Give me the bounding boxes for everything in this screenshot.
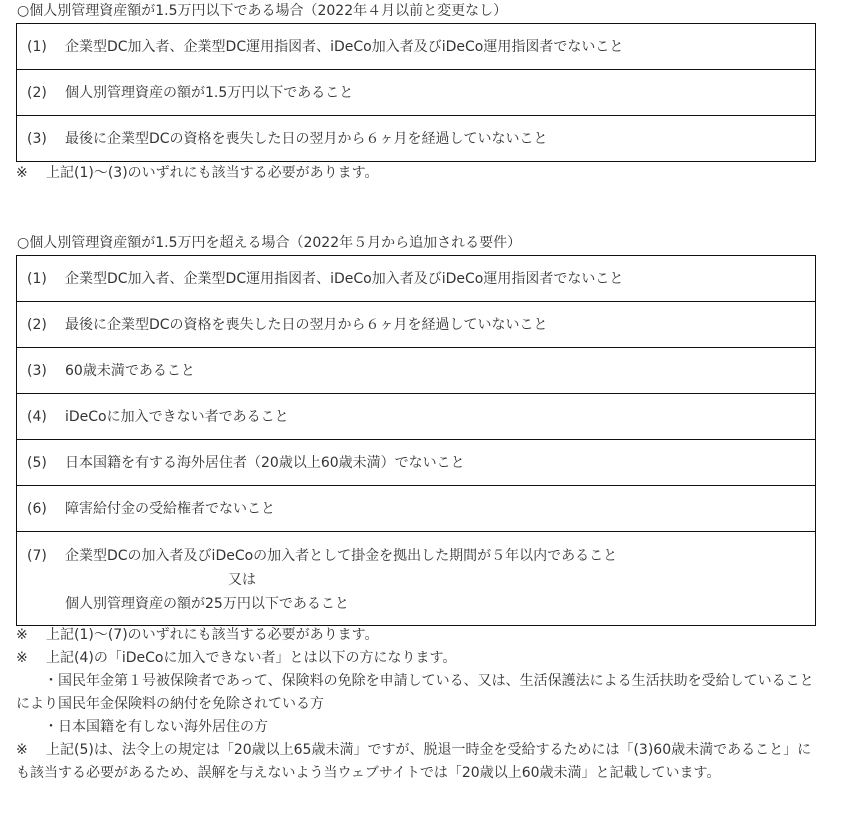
section1-note: ※上記(1)～(3)のいずれにも該当する必要があります。 — [16, 162, 816, 185]
requirement-cell: (5)日本国籍を有する海外居住者（20歳以上60歳未満）でないこと — [17, 440, 816, 486]
requirement-number: (6) — [27, 499, 65, 519]
table-row: (1)企業型DC加入者、企業型DC運用指図者、iDeCo加入者及びiDeCo運用… — [17, 256, 816, 302]
requirement-text: 60歳未満であること — [65, 363, 195, 379]
requirement-text: 日本国籍を有する海外居住者（20歳以上60歳未満）でないこと — [65, 455, 465, 471]
requirement-cell: (2)最後に企業型DCの資格を喪失した日の翌月から６ヶ月を経過していないこと — [17, 302, 816, 348]
table-row: (4)iDeCoに加入できない者であること — [17, 394, 816, 440]
requirement-cell: (7)企業型DCの加入者及びiDeCoの加入者として掛金を拠出した期間が５年以内… — [17, 532, 816, 626]
requirements-table-2: (1)企業型DC加入者、企業型DC運用指図者、iDeCo加入者及びiDeCo運用… — [16, 255, 816, 626]
requirement-cell: (1)企業型DC加入者、企業型DC運用指図者、iDeCo加入者及びiDeCo運用… — [17, 24, 816, 70]
table-row: (1)企業型DC加入者、企業型DC運用指図者、iDeCo加入者及びiDeCo運用… — [17, 24, 816, 70]
requirement-text: 企業型DCの加入者及びiDeCoの加入者として掛金を拠出した期間が５年以内である… — [65, 548, 617, 564]
table-row: (2)最後に企業型DCの資格を喪失した日の翌月から６ヶ月を経過していないこと — [17, 302, 816, 348]
requirement-number: (2) — [27, 315, 65, 335]
bullet-item-2: ・日本国籍を有しない海外居住の方 — [16, 716, 816, 739]
requirement-number: (5) — [27, 453, 65, 473]
final-note: ※上記(5)は、法令上の規定は「20歳以上65歳未満」ですが、脱退一時金を受給す… — [16, 739, 816, 785]
table-row: (3)60歳未満であること — [17, 348, 816, 394]
note-mark: ※ — [16, 739, 46, 762]
section1-heading: ○個人別管理資産額が1.5万円以下である場合（2022年４月以前と変更なし） — [17, 1, 507, 21]
requirement-text: 企業型DC加入者、企業型DC運用指図者、iDeCo加入者及びiDeCo運用指図者… — [65, 271, 623, 287]
note-mark: ※ — [16, 624, 46, 647]
requirement-number: (2) — [27, 83, 65, 103]
requirement-cell: (6)障害給付金の受給権者でないこと — [17, 486, 816, 532]
requirement-cell: (3)最後に企業型DCの資格を喪失した日の翌月から６ヶ月を経過していないこと — [17, 116, 816, 162]
requirement-cell: (3)60歳未満であること — [17, 348, 816, 394]
requirement-text: iDeCoに加入できない者であること — [65, 409, 289, 425]
note-text: 上記(1)～(3)のいずれにも該当する必要があります。 — [46, 165, 379, 181]
bullet-item-1: ・国民年金第１号被保険者であって、保険料の免除を申請している、又は、生活保護法に… — [16, 670, 816, 716]
note-mark: ※ — [16, 162, 46, 185]
requirement-text: 企業型DC加入者、企業型DC運用指図者、iDeCo加入者及びiDeCo運用指図者… — [65, 39, 623, 55]
section2-heading: ○個人別管理資産額が1.5万円を超える場合（2022年５月から追加される要件） — [17, 233, 521, 253]
requirement-cell: (1)企業型DC加入者、企業型DC運用指図者、iDeCo加入者及びiDeCo運用… — [17, 256, 816, 302]
table-row: (3)最後に企業型DCの資格を喪失した日の翌月から６ヶ月を経過していないこと — [17, 116, 816, 162]
table-row: (5)日本国籍を有する海外居住者（20歳以上60歳未満）でないこと — [17, 440, 816, 486]
requirement-cell: (2)個人別管理資産の額が1.5万円以下であること — [17, 70, 816, 116]
requirement-number: (1) — [27, 37, 65, 57]
note-mark: ※ — [16, 647, 46, 670]
requirement-alt-text: 個人別管理資産の額が25万円以下であること — [27, 592, 815, 616]
requirements-table-1: (1)企業型DC加入者、企業型DC運用指図者、iDeCo加入者及びiDeCo運用… — [16, 23, 816, 162]
requirement-number: (3) — [27, 129, 65, 149]
requirement-number: (3) — [27, 361, 65, 381]
requirement-text: 最後に企業型DCの資格を喪失した日の翌月から６ヶ月を経過していないこと — [65, 131, 548, 147]
requirement-text: 最後に企業型DCの資格を喪失した日の翌月から６ヶ月を経過していないこと — [65, 317, 548, 333]
section2-note-1: ※上記(1)～(7)のいずれにも該当する必要があります。 — [16, 624, 816, 647]
requirement-cell: (4)iDeCoに加入できない者であること — [17, 394, 816, 440]
requirement-line: (7)企業型DCの加入者及びiDeCoの加入者として掛金を拠出した期間が５年以内… — [27, 544, 815, 568]
note-text: 上記(1)～(7)のいずれにも該当する必要があります。 — [46, 627, 379, 643]
note-text: 上記(4)の「iDeCoに加入できない者」とは以下の方になります。 — [46, 650, 456, 666]
note-text: 上記(5)は、法令上の規定は「20歳以上65歳未満」ですが、脱退一時金を受給する… — [16, 742, 811, 781]
requirement-text: 個人別管理資産の額が1.5万円以下であること — [65, 85, 353, 101]
requirement-number: (4) — [27, 407, 65, 427]
section2-note-2: ※上記(4)の「iDeCoに加入できない者」とは以下の方になります。 — [16, 647, 816, 670]
requirement-number: (1) — [27, 269, 65, 289]
table-row: (2)個人別管理資産の額が1.5万円以下であること — [17, 70, 816, 116]
requirement-text: 障害給付金の受給権者でないこと — [65, 501, 275, 517]
table-row: (7)企業型DCの加入者及びiDeCoの加入者として掛金を拠出した期間が５年以内… — [17, 532, 816, 626]
requirement-number: (7) — [27, 544, 65, 568]
table-row: (6)障害給付金の受給権者でないこと — [17, 486, 816, 532]
requirement-or-connector: 又は — [27, 568, 815, 592]
